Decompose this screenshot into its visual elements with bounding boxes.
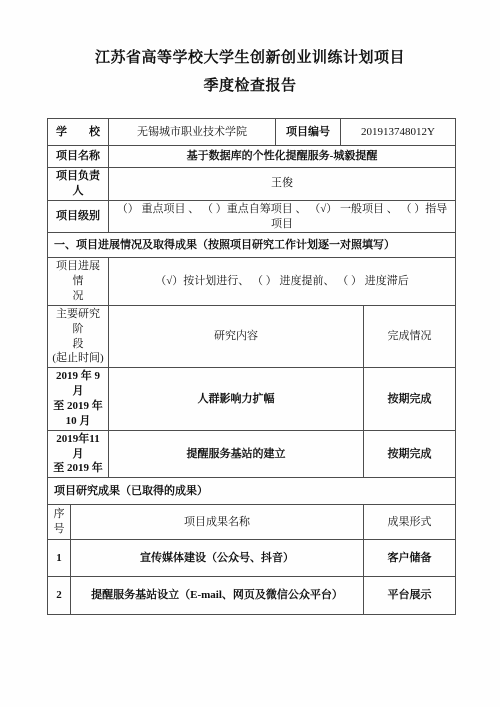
result-name: 宣传媒体建设（公众号、抖音） <box>71 540 364 577</box>
school-label: 学 校 <box>48 119 109 146</box>
section-results-heading: 项目研究成果（已取得的成果） <box>48 478 456 505</box>
stage-status: 按期完成 <box>364 368 456 430</box>
result-form: 平台展示 <box>364 577 456 615</box>
row-section-progress: 一、项目进展情况及取得成果（按照项目研究工作计划逐一对照填写） <box>48 233 456 258</box>
leader-value: 王俊 <box>109 168 456 201</box>
report-form-table: 学 校 无锡城市职业技术学院 项目编号 201913748012Y 项目名称 基… <box>47 118 456 615</box>
row-level: 项目级别 （） 重点项目 、 （ ）重点自筹项目 、 （√） 一般项目 、 （ … <box>48 200 456 233</box>
result-name: 提醒服务基站设立（E-mail、网页及微信公众平台） <box>71 577 364 615</box>
results-form-header: 成果形式 <box>364 505 456 540</box>
result-no: 2 <box>48 577 71 615</box>
stage-period: 2019 年 9 月 至 2019 年 10 月 <box>48 368 109 430</box>
project-number-value: 201913748012Y <box>341 119 456 146</box>
stage-content: 提醒服务基站的建立 <box>109 430 364 478</box>
result-no: 1 <box>48 540 71 577</box>
project-number-label: 项目编号 <box>276 119 341 146</box>
title-line-2: 季度检查报告 <box>0 72 500 100</box>
section-progress-heading: 一、项目进展情况及取得成果（按照项目研究工作计划逐一对照填写） <box>48 233 456 258</box>
stage-status: 按期完成 <box>364 430 456 478</box>
stage-content: 人群影响力扩幅 <box>109 368 364 430</box>
row-project-name: 项目名称 基于数据库的个性化提醒服务-城毅提醒 <box>48 146 456 168</box>
report-page: 江苏省高等学校大学生创新创业训练计划项目 季度检查报告 学 校 无锡城市职业技术… <box>0 0 500 707</box>
progress-label: 项目进展情 况 <box>48 258 109 306</box>
project-name-label: 项目名称 <box>48 146 109 168</box>
level-options: （） 重点项目 、 （ ）重点自筹项目 、 （√） 一般项目 、 （ ）指导项目 <box>109 200 456 233</box>
row-results-header: 序 号 项目成果名称 成果形式 <box>48 505 456 540</box>
row-stage-header: 主要研究阶 段 (起止时间) 研究内容 完成情况 <box>48 305 456 367</box>
result-form: 客户储备 <box>364 540 456 577</box>
row-school: 学 校 无锡城市职业技术学院 项目编号 201913748012Y <box>48 119 456 146</box>
stage-row: 2019 年 9 月 至 2019 年 10 月 人群影响力扩幅 按期完成 <box>48 368 456 430</box>
project-name-value: 基于数据库的个性化提醒服务-城毅提醒 <box>109 146 456 168</box>
result-row: 2 提醒服务基站设立（E-mail、网页及微信公众平台） 平台展示 <box>48 577 456 615</box>
progress-options: （√）按计划进行、 （ ） 进度提前、 （ ） 进度滞后 <box>109 258 456 306</box>
title-line-1: 江苏省高等学校大学生创新创业训练计划项目 <box>0 44 500 72</box>
row-section-results: 项目研究成果（已取得的成果） <box>48 478 456 505</box>
stage-row: 2019年11月 至 2019 年 提醒服务基站的建立 按期完成 <box>48 430 456 478</box>
stage-period-header: 主要研究阶 段 (起止时间) <box>48 305 109 367</box>
row-leader: 项目负责人 王俊 <box>48 168 456 201</box>
results-no-header: 序 号 <box>48 505 71 540</box>
result-row: 1 宣传媒体建设（公众号、抖音） 客户储备 <box>48 540 456 577</box>
level-label: 项目级别 <box>48 200 109 233</box>
leader-label: 项目负责人 <box>48 168 109 201</box>
school-value: 无锡城市职业技术学院 <box>109 119 276 146</box>
stage-content-header: 研究内容 <box>109 305 364 367</box>
results-name-header: 项目成果名称 <box>71 505 364 540</box>
stage-status-header: 完成情况 <box>364 305 456 367</box>
row-progress-status: 项目进展情 况 （√）按计划进行、 （ ） 进度提前、 （ ） 进度滞后 <box>48 258 456 306</box>
page-title: 江苏省高等学校大学生创新创业训练计划项目 季度检查报告 <box>0 44 500 100</box>
stage-period: 2019年11月 至 2019 年 <box>48 430 109 478</box>
